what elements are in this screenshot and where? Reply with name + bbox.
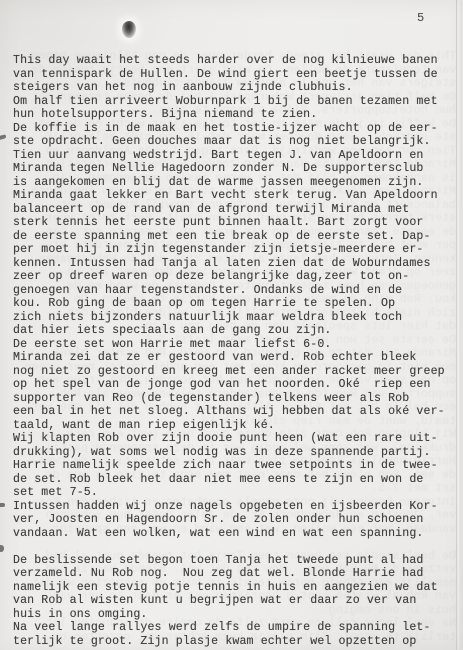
text-line: van tennispark de Hullen. De wind giert … [13,68,455,82]
text-line: steigers van het nog in aanbouw zijnde c… [13,81,455,95]
text-line: Miranda zei dat ze er gestoord van werd.… [13,351,455,365]
text-line: is aangekomen en blij dat de warme jasse… [13,176,455,190]
text-line: This day waait het steeds harder over de… [13,54,455,68]
text-line: de set. Rob bleek het daar niet mee eens… [13,473,455,487]
text-line: namelijk een stevig potje tennis in huis… [13,581,455,595]
text-line: per moet hij in zijn tegenstander zijn i… [13,243,455,257]
text-line: verzameld. Nu Rob nog. Nou zeg dat wel. … [13,567,455,581]
text-line: op het spel van de jonge god van het noo… [13,378,455,392]
paragraph: De beslissende set begon toen Tanja het … [13,554,455,649]
text-line: kou. Rob ging de baan op om tegen Harrie… [13,297,455,311]
text-line: hun hotelsupporters. Bijna niemand te zi… [13,108,455,122]
text-line: terlijk te groot. Zijn plasje kwam echte… [13,635,455,649]
margin-mark [0,134,6,139]
text-line: zich niets bijzonders natuurlijk maar we… [13,311,455,325]
text-line: genoegen van haar tegenstandster. Ondank… [13,284,455,298]
text-line: Wij klapten Rob over zijn dooie punt hee… [13,432,455,446]
text-line: balanceert op de rand van de afgrond ter… [13,203,455,217]
text-line: Harrie namelijk speelde zich naar twee s… [13,459,455,473]
text-line: een bal in het net sloeg. Althans wij he… [13,405,455,419]
margin-mark [0,503,5,507]
text-line: Na veel lange rallyes werd zelfs de umpi… [13,621,455,635]
text-line: nog niet zo gestoord en kreeg met een an… [13,365,455,379]
text-line: Intussen hadden wij onze nagels opgebete… [13,500,455,514]
text-line: dat hier iets speciaals aan de gang zou … [13,324,455,338]
page-number: 5 [417,11,424,25]
text-line: huis in ons omging. [13,608,455,622]
text-line: Miranda gaat lekker en Bart vecht sterk … [13,189,455,203]
text-line: de eerste spanning met een tie break op … [13,230,455,244]
scan-edge-line [456,0,458,650]
text-line: drukking), wat soms wel nodig was in dez… [13,446,455,460]
text-line: De koffie is in de maak en het tostie-ij… [13,122,455,136]
text-line: Tien uur aanvang wedstrijd. Bart tegen J… [13,149,455,163]
text-line: taald, want de man riep eigenlijk ké. [13,419,455,433]
text-line: sterk tennis het eerste punt binnen haal… [13,216,455,230]
margin-mark [0,545,4,552]
text-line: ver, Joosten en Hagendoorn Sr. de zolen … [13,513,455,527]
text-line: Om half tien arriveert Woburnpark 1 bij … [13,95,455,109]
text-line: zeer op dreef waren op deze belangrijke … [13,270,455,284]
paragraph: This day waait het steeds harder over de… [13,54,455,540]
text-line: De beslissende set begon toen Tanja het … [13,554,455,568]
text-line: ste opdracht. Geen douches maar dat is n… [13,135,455,149]
punch-hole-mark [122,21,136,38]
document-page: This day waait het steeds harder over de… [0,0,463,650]
text-line: Miranda tegen Nellie Hagedoorn zonder N.… [13,162,455,176]
text-line: vandaan. Wat een wolken, wat een wind en… [13,527,455,541]
text-line: De eerste set won Harrie met maar liefst… [13,338,455,352]
text-line: van Rob al wisten kunt u begrijpen wat e… [13,594,455,608]
text-line: supporter van Reo (de tegenstander) telk… [13,392,455,406]
text-line: kennen. Intussen had Tanja al laten zien… [13,257,455,271]
document-body: This day waait het steeds harder over de… [13,54,455,648]
text-line: set met 7-5. [13,486,455,500]
